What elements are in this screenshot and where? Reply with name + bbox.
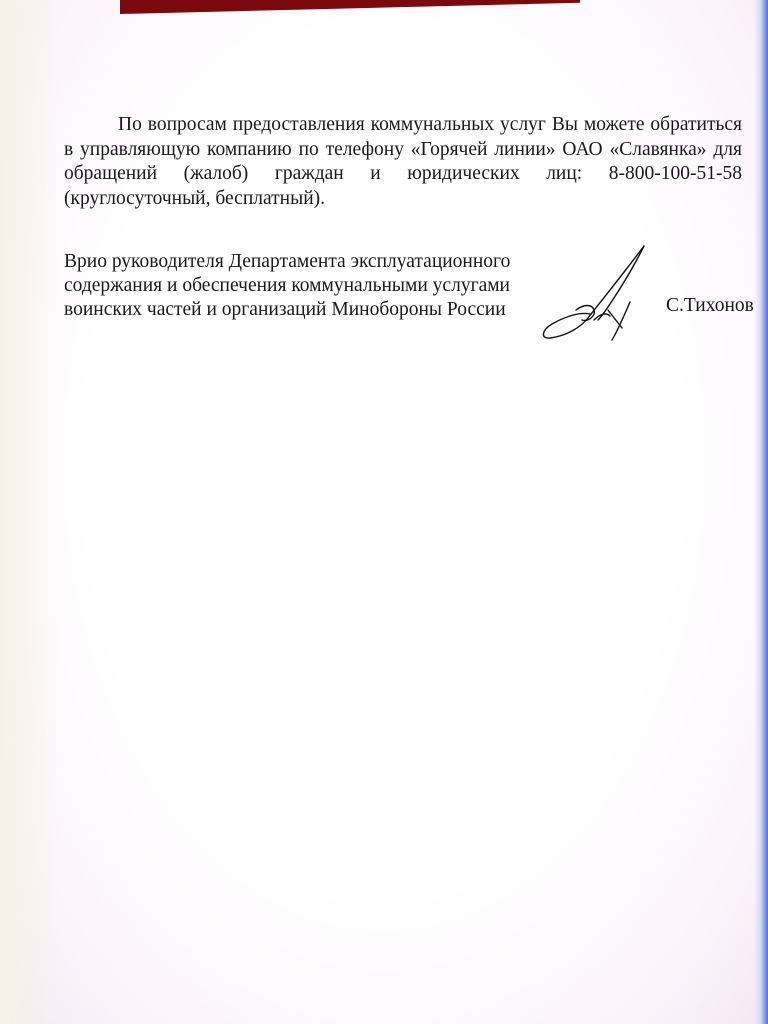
paragraph-text: По вопросам предоставления коммунальных … [64,114,742,209]
signatory-position: Врио руководителя Департамента эксплуата… [64,250,544,322]
position-line: содержания и обеспечения коммунальными у… [64,274,544,298]
page-shadow [0,0,60,1024]
signer-name: С.Тихонов [666,294,754,318]
handwritten-signature-icon [536,240,656,344]
info-paragraph: По вопросам предоставления коммунальных … [64,113,742,211]
position-line: Врио руководителя Департамента эксплуата… [64,250,544,274]
position-line: воинских частей и организаций Минобороны… [64,298,544,322]
page-edge [754,0,768,1024]
